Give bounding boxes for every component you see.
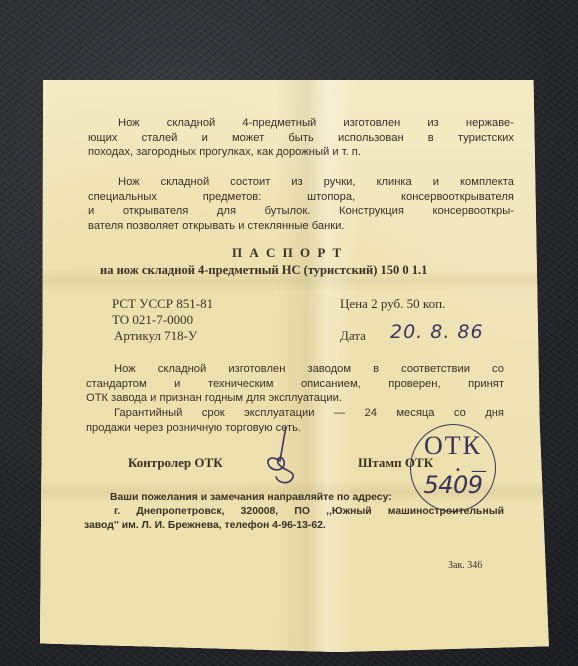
composition-paragraph: Нож складной состоит из ручки, клинка и … <box>88 175 514 233</box>
text-line: Нож складной состоит из ручки, клинка и … <box>88 175 514 190</box>
intro-paragraph: Нож складной 4-предметный изготовлен из … <box>88 116 514 160</box>
controller-label: Контролер ОТК <box>128 455 223 471</box>
text-line: стандартом и техническим описанием, пров… <box>86 377 504 392</box>
standard-code: РСТ УССР 851-81 <box>112 296 213 312</box>
article-number: Артикул 718-У <box>114 328 197 344</box>
stamp-otk-text: ОТК <box>411 431 495 461</box>
text-line: Ваши пожелания и замечания направляйте п… <box>84 491 504 505</box>
text-line: вателя позволяет открывать и стеклянные … <box>88 219 514 234</box>
certification-paragraph: Нож складной изготовлен заводом в соотве… <box>86 362 504 406</box>
text-line: завод'' им. Л. И. Брежнева, телефон 4-96… <box>84 519 504 533</box>
text-line: и открывателя для бутылок. Конструкция к… <box>88 204 514 219</box>
controller-signature <box>258 425 318 495</box>
price: Цена 2 руб. 50 коп. <box>340 296 445 312</box>
text-line: ОТК завода и признан годным для эксплуат… <box>86 391 504 406</box>
address-block: Ваши пожелания и замечания направляйте п… <box>84 491 504 533</box>
text-line: Нож складной 4-предметный изготовлен из … <box>88 116 514 131</box>
text-line: г. Днепропетровск, 320008, ПО ,,Южный ма… <box>84 505 504 519</box>
text-line: походах, загородных прогулках, как дорож… <box>88 145 514 160</box>
order-number: Зак. 346 <box>448 560 482 571</box>
handwritten-date: 20. 8. 86 <box>390 321 484 343</box>
date-label: Дата <box>340 328 366 344</box>
text-line: Гарантийный срок эксплуатации — 24 месяц… <box>86 406 504 421</box>
text-line: ющих сталей и может быть использован в т… <box>88 131 514 146</box>
text-line: Нож складной изготовлен заводом в соотве… <box>86 362 504 377</box>
passport-title: П А С П О Р Т <box>232 245 343 261</box>
tech-spec-code: ТО 021-7-0000 <box>112 312 193 328</box>
passport-subtitle: на нож складной 4-предметный НС (туристс… <box>100 263 427 278</box>
text-line: специальных предметов: штопора, консерво… <box>88 190 514 205</box>
